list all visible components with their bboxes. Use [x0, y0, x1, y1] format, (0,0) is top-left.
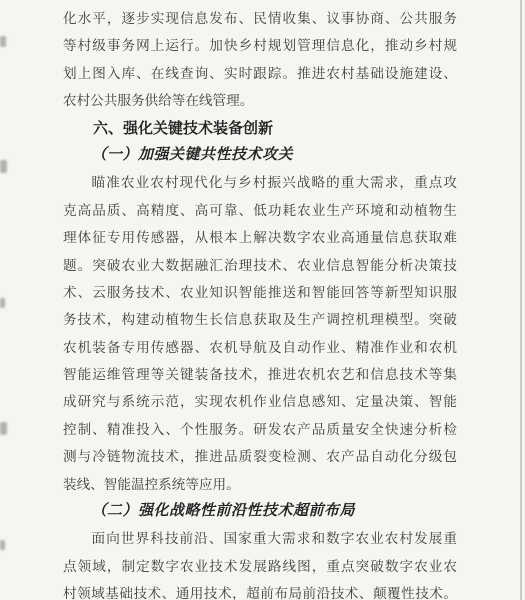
scan-artifact: [0, 540, 5, 550]
text-line: 术、云服务技术、农业知识智能推送和智能回答等新型知识服: [63, 279, 457, 306]
text-line: 测与冷链物流技术，推进品质裂变检测、农产品自动化分级包: [63, 443, 457, 470]
text-line: 理体征专用传感器，从根本上解决数字农业高通量信息获取难: [63, 224, 457, 251]
text-line: 村领域基础技术、通用技术，超前布局前沿技术、颠覆性技术。: [63, 580, 457, 600]
text-line: 克高品质、高精度、高可靠、低功耗农业生产环境和动植物生: [63, 197, 457, 224]
document-page: 化水平，逐步实现信息发布、民情收集、议事协商、公共服务 等村级事务网上运行。加快…: [0, 0, 525, 600]
text-line: 成研究与系统示范，实现农机作业信息感知、定量决策、智能: [63, 388, 457, 415]
scan-page-edge: [520, 0, 522, 600]
text-line: 划上图入库、在线查询、实时跟踪。推进农村基础设施建设、: [63, 60, 457, 87]
text-line: 化水平，逐步实现信息发布、民情收集、议事协商、公共服务: [63, 5, 457, 32]
text-line: 务技术，构建动植物生长信息获取及生产调控机理模型。突破: [63, 306, 457, 333]
scan-artifact: [0, 36, 6, 47]
text-line: 瞄准农业农村现代化与乡村振兴战略的重大需求，重点攻: [63, 169, 457, 196]
text-line: 等村级事务网上运行。加快乡村规划管理信息化，推动乡村规: [63, 32, 457, 59]
subsection-heading: （二）强化战略性前沿性技术超前布局: [63, 498, 457, 525]
text-line: 控制、精准投入、个性服务。研发农产品质量安全快速分析检: [63, 416, 457, 443]
text-line: 装线、智能温控系统等应用。: [63, 471, 457, 498]
document-viewer: { "page": { "background_color": "#f6f5f1…: [0, 0, 525, 600]
text-line: 点领域，制定数字农业技术发展路线图，重点突破数字农业农: [63, 553, 457, 580]
text-line: 题。突破农业大数据融汇治理技术、农业信息智能分析决策技: [63, 252, 457, 279]
subsection-heading: （一）加强关键共性技术攻关: [63, 142, 457, 169]
scan-artifact: [0, 422, 7, 435]
text-line: 农村公共服务供给等在线管理。: [63, 87, 457, 114]
scan-artifact: [0, 160, 7, 173]
text-line: 农机装备专用传感器、农机导航及自动作业、精准作业和农机: [63, 334, 457, 361]
section-heading: 六、强化关键技术装备创新: [63, 115, 457, 142]
text-line: 面向世界科技前沿、国家重大需求和数字农业农村发展重: [63, 525, 457, 552]
scan-artifact: [0, 298, 5, 308]
text-line: 智能运维管理等关键装备技术，推进农机农艺和信息技术等集: [63, 361, 457, 388]
page-content: 化水平，逐步实现信息发布、民情收集、议事协商、公共服务 等村级事务网上运行。加快…: [63, 5, 457, 600]
